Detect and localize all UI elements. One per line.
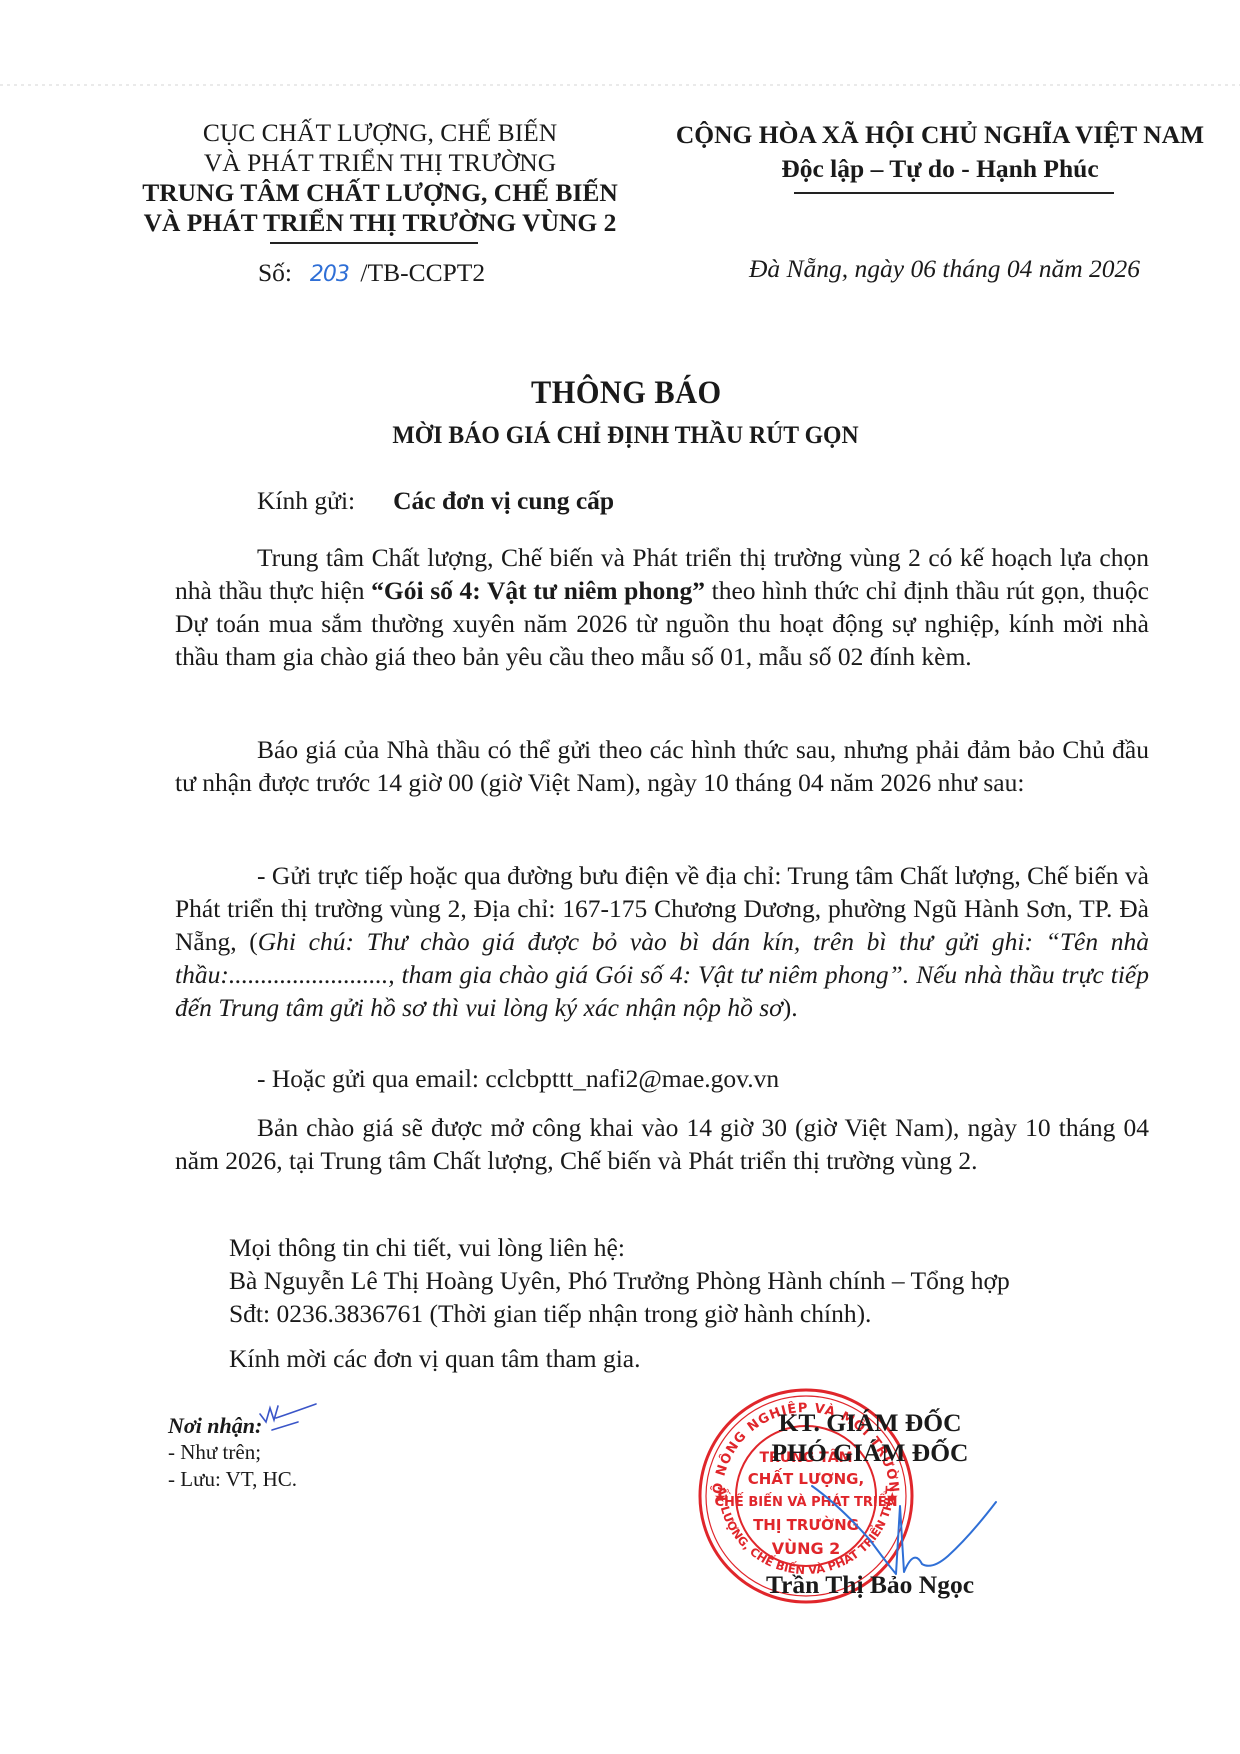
national-motto: Độc lập – Tự do - Hạnh Phúc	[650, 152, 1230, 186]
envelope-note: Ghi chú: Thư chào giá được bỏ vào bì dán…	[175, 927, 1149, 1022]
paragraph-deadline: Báo giá của Nhà thầu có thể gửi theo các…	[175, 733, 1149, 799]
signature-icon	[800, 1470, 1000, 1580]
paragraph-submit-email: - Hoặc gửi qua email: cclcbpttt_nafi2@ma…	[175, 1062, 1149, 1095]
paragraph-intro: Trung tâm Chất lượng, Chế biến và Phát t…	[175, 541, 1149, 673]
national-title: CỘNG HÒA XÃ HỘI CHỦ NGHĨA VIỆT NAM	[650, 118, 1230, 152]
recipient-line: Kính gửi:Các đơn vị cung cấp	[257, 486, 614, 516]
signature-line1: KT. GIÁM ĐỐC	[700, 1408, 1040, 1438]
doc-number-suffix: /TB-CCPT2	[360, 258, 485, 287]
signature-title: KT. GIÁM ĐỐC PHÓ GIÁM ĐỐC	[700, 1408, 1040, 1468]
parent-agency-line2: VÀ PHÁT TRIỂN THỊ TRƯỜNG	[140, 148, 620, 178]
document-subtitle: MỜI BÁO GIÁ CHỈ ĐỊNH THẦU RÚT GỌN	[49, 420, 1202, 450]
package-name: “Gói số 4: Vật tư niêm phong”	[371, 576, 705, 605]
email-label: - Hoặc gửi qua email:	[257, 1064, 485, 1093]
scan-artifact-line	[0, 84, 1240, 86]
recipient-value: Các đơn vị cung cấp	[393, 486, 614, 515]
initial-mark-icon	[258, 1400, 328, 1440]
contact-phone: Sđt: 0236.3836761 (Thời gian tiếp nhận t…	[229, 1297, 1010, 1330]
paragraph-submit-post: - Gửi trực tiếp hoặc qua đường bưu điện …	[175, 859, 1149, 1024]
national-header: CỘNG HÒA XÃ HỘI CHỦ NGHĨA VIỆT NAM Độc l…	[650, 118, 1230, 194]
document-number: Số: 203/TB-CCPT2	[258, 258, 485, 288]
email-link[interactable]: cclcbpttt_nafi2@mae.gov.vn	[485, 1064, 779, 1093]
recipient-label: Kính gửi:	[257, 486, 355, 515]
contact-person: Bà Nguyễn Lê Thị Hoàng Uyên, Phó Trưởng …	[229, 1264, 1010, 1297]
recipients-item: - Lưu: VT, HC.	[168, 1466, 297, 1493]
issuer-line2: VÀ PHÁT TRIỂN THỊ TRƯỜNG VÙNG 2	[140, 208, 620, 238]
recipients-item: - Như trên;	[168, 1439, 297, 1466]
motto-underline	[794, 192, 1114, 194]
issuer-line1: TRUNG TÂM CHẤT LƯỢNG, CHẾ BIẾN	[140, 178, 620, 208]
document-title: THÔNG BÁO	[56, 375, 1197, 412]
contact-intro: Mọi thông tin chi tiết, vui lòng liên hệ…	[229, 1231, 1010, 1264]
issuer-underline	[270, 242, 478, 244]
post-address-end: ).	[783, 993, 798, 1022]
closing-line: Kính mời các đơn vị quan tâm tham gia.	[229, 1344, 641, 1374]
place-date: Đà Nẵng, ngày 06 tháng 04 năm 2026	[749, 254, 1140, 284]
paragraph-opening: Bản chào giá sẽ được mở công khai vào 14…	[175, 1111, 1149, 1177]
parent-agency-line1: CỤC CHẤT LƯỢNG, CHẾ BIẾN	[140, 118, 620, 148]
signature-line2: PHÓ GIÁM ĐỐC	[700, 1438, 1040, 1468]
doc-number-handwritten: 203	[298, 262, 360, 287]
issuer-header: CỤC CHẤT LƯỢNG, CHẾ BIẾN VÀ PHÁT TRIỂN T…	[140, 118, 620, 244]
contact-block: Mọi thông tin chi tiết, vui lòng liên hệ…	[229, 1231, 1010, 1330]
doc-number-label: Số:	[258, 258, 292, 287]
